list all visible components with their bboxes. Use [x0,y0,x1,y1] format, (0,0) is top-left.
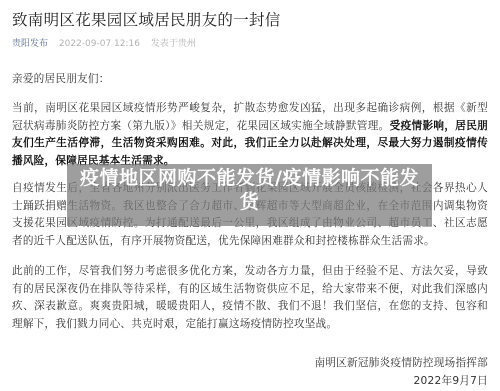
paragraph-3: 此前的工作，尽管我们努力考虑很多优化方案，发动各方力量，但由于经验不足、方法欠妥… [12,263,488,333]
greeting: 亲爱的居民朋友们： [12,71,488,89]
publish-location: 发表于贵州 [151,39,196,49]
author-link[interactable]: 贵阳发布 [12,39,48,49]
caption-overlay-text: 疫情地区网购不能发货/疫情影响不能发货 [67,166,432,214]
article-title: 致南明区花果园区域居民朋友的一封信 [12,8,281,30]
publish-time: 2022-09-07 12:16 [59,39,140,49]
paragraph-1: 当前，南明区花果园区域疫情形势严峻复杂，扩散态势愈发凶猛，出现多起确诊病例，根据… [12,100,488,170]
signature-date: 2022年9月7日 [188,373,488,388]
signature: 南明区新冠肺炎疫情防控现场指挥部 [188,355,488,370]
article-meta: 贵阳发布 2022-09-07 12:16 发表于贵州 [12,36,196,49]
